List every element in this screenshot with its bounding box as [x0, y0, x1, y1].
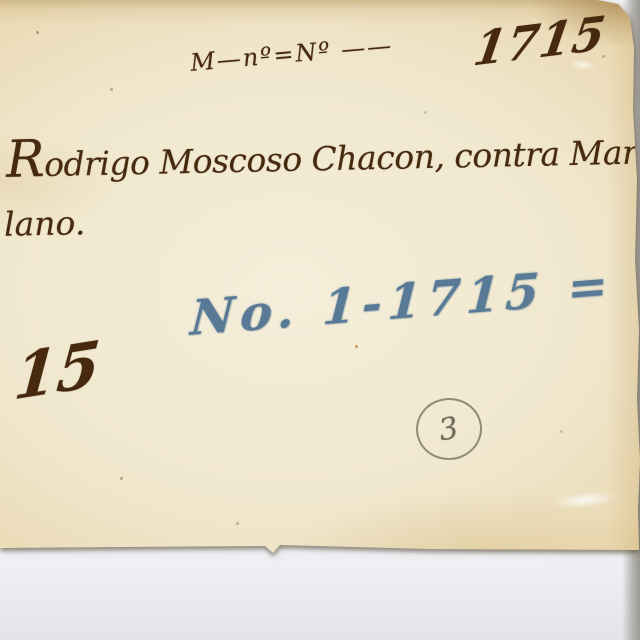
case-title-line-2: lano.: [4, 203, 86, 243]
circled-digit: 3: [437, 410, 462, 448]
manuscript-paper: M—nº=Nº —— 1715 Rodrigo Moscoso Chacon, …: [0, 0, 640, 556]
corner-number: 15: [11, 326, 103, 414]
foxing-specks: [0, 0, 3, 3]
blue-catalog-number: No. 1-1715 =: [189, 257, 615, 347]
paper-shadow: M—nº=Nº —— 1715 Rodrigo Moscoso Chacon, …: [0, 0, 640, 560]
pencil-circle: 3: [414, 396, 484, 462]
photo-of-archival-document: M—nº=Nº —— 1715 Rodrigo Moscoso Chacon, …: [0, 0, 640, 640]
case-title-line-1: Rodrigo Moscoso Chacon, contra Marcos Mi…: [6, 130, 640, 185]
paper-scuff: [551, 489, 618, 512]
archival-notation: M—nº=Nº ——: [189, 31, 394, 77]
